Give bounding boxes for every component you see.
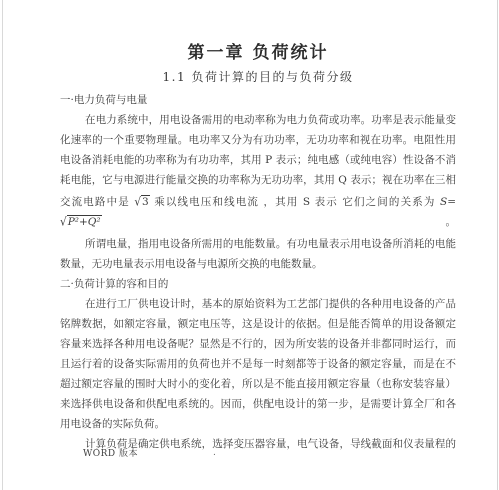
body-line: 用电设备的实际负荷。 [60, 414, 456, 434]
page-edge-right [497, 0, 498, 490]
body-line: 且运行着的设备实际需用的负荷也并不是每一时刻都等于设备的额定容量，而是在不 [60, 354, 456, 374]
radical-sign: √ [60, 211, 67, 233]
document-body: 一·电力负荷与电量在电力系统中，用电设备需用的电动率称为电力负荷或功率。功率是表… [60, 90, 456, 454]
sqrt-radical: √P²+Q² [60, 216, 102, 228]
body-line: 超过额定容量的围时大时小的变化着，所以是不能直接用额定容量（也称安装容量） [60, 374, 456, 394]
radical-sign: √ [134, 191, 141, 213]
page-edge-left [2, 0, 3, 490]
formula-text: 交流电路中是 [60, 196, 134, 208]
formula-text: 。 [102, 216, 456, 228]
body-line: 铭牌数据，如额定容量，额定电压等，这是设计的依据。但是能否简单的用设备额定 [60, 314, 456, 334]
radicand: 3 [141, 195, 150, 208]
body-heading: 一·电力负荷与电量 [60, 90, 456, 110]
footer-watermark: WORD 版本 [83, 446, 138, 459]
formula-text: 乘以线电压和线电流 ，其用 S 表示 它们之间的关系为 [150, 196, 440, 208]
section-title: 1.1 负荷计算的目的与负荷分级 [60, 68, 456, 85]
body-line: 所谓电量，指用电设备所需用的电能数量。有功电量表示用电设备所消耗的电能 [60, 234, 456, 254]
body-line: 来选择供电设备和供配电系统的。因而，供配电设计的第一步，是需要计算全厂和各 [60, 394, 456, 414]
body-line: 耗电能，它与电源进行能量交换的功率称为无功功率，其用 Q 表示；视在功率在三相 [60, 170, 456, 190]
formula-text: = [447, 196, 456, 208]
document-page: 第一章 负荷统计 1.1 负荷计算的目的与负荷分级 一·电力负荷与电量在电力系统… [0, 0, 499, 490]
body-line: 在进行工厂供电设计时，基本的原始资料为工艺部门提供的各种用电设备的产品 [60, 294, 456, 314]
body-heading: 二·负荷计算的容和目的 [60, 274, 456, 294]
chapter-title: 第一章 负荷统计 [60, 38, 456, 63]
body-line: 交流电路中是 √3 乘以线电压和线电流 ，其用 S 表示 它们之间的关系为 S=… [60, 192, 456, 232]
body-line: 容量来选择各种用电设备呢？显然是不行的，因为所安装的设备并非都同时运行，而 [60, 334, 456, 354]
radicand: P²+Q² [67, 215, 102, 228]
body-line: 数量，无功电量表示用电设备与电源所交换的电能数量。 [60, 254, 456, 274]
sqrt-radical: √3 [134, 196, 149, 208]
footer-stray-mark: . [213, 448, 216, 458]
body-line: 在电力系统中，用电设备需用的电动率称为电力负荷或功率。功率是表示能量变 [60, 110, 456, 130]
body-line: 电设备消耗电能的功率称为有功功率，其用 P 表示；纯电感（或纯电容）性设备不消 [60, 150, 456, 170]
body-line: 化速率的一个重要物理量。电功率又分为有功功率，无功功率和视在功率。电阻性用 [60, 130, 456, 150]
